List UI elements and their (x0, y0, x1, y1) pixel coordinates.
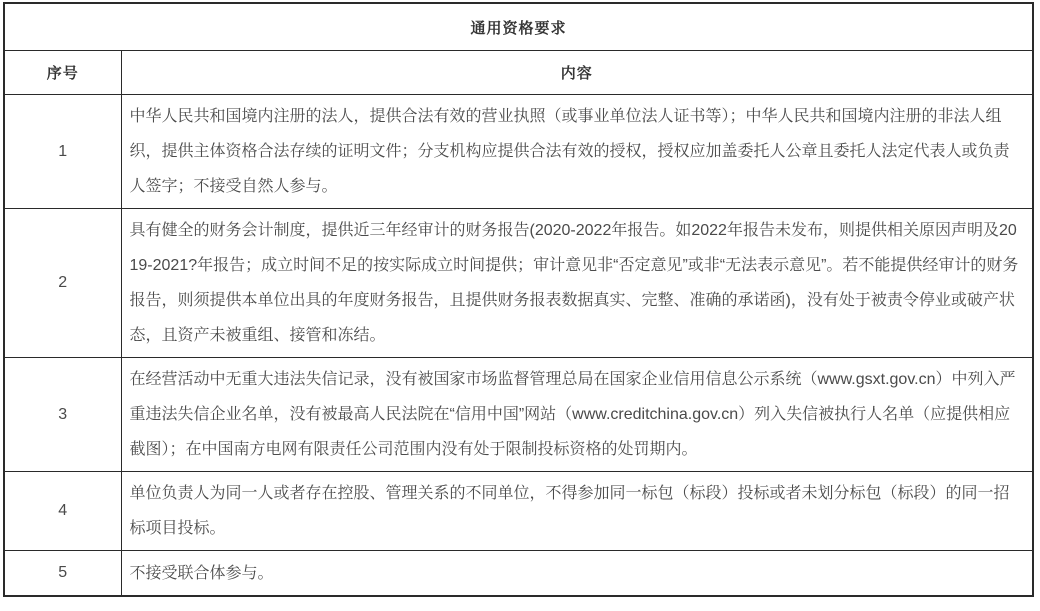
table-row: 1 中华人民共和国境内注册的法人，提供合法有效的营业执照（或事业单位法人证书等）… (4, 95, 1033, 209)
table-header-row: 序号 内容 (4, 51, 1033, 95)
row-number-cell: 4 (4, 472, 121, 551)
row-content-cell: 单位负责人为同一人或者存在控股、管理关系的不同单位，不得参加同一标包（标段）投标… (121, 472, 1033, 551)
row-content-cell: 中华人民共和国境内注册的法人，提供合法有效的营业执照（或事业单位法人证书等）；中… (121, 95, 1033, 209)
row-number-cell: 3 (4, 358, 121, 472)
document-page: 通用资格要求 序号 内容 1 中华人民共和国境内注册的法人，提供合法有效的营业执… (0, 0, 1040, 611)
table-row: 3 在经营活动中无重大违法失信记录，没有被国家市场监督管理总局在国家企业信用信息… (4, 358, 1033, 472)
row-number-cell: 1 (4, 95, 121, 209)
row-content-cell: 在经营活动中无重大违法失信记录，没有被国家市场监督管理总局在国家企业信用信息公示… (121, 358, 1033, 472)
table-row: 2 具有健全的财务会计制度，提供近三年经审计的财务报告(2020-2022年报告… (4, 209, 1033, 358)
column-header-content: 内容 (121, 51, 1033, 95)
table-title-row: 通用资格要求 (4, 3, 1033, 51)
row-content-cell: 不接受联合体参与。 (121, 551, 1033, 597)
row-number-cell: 2 (4, 209, 121, 358)
row-number-cell: 5 (4, 551, 121, 597)
row-content-cell: 具有健全的财务会计制度，提供近三年经审计的财务报告(2020-2022年报告。如… (121, 209, 1033, 358)
table-row: 4 单位负责人为同一人或者存在控股、管理关系的不同单位，不得参加同一标包（标段）… (4, 472, 1033, 551)
table-row: 5 不接受联合体参与。 (4, 551, 1033, 597)
table-title: 通用资格要求 (4, 3, 1033, 51)
qualification-requirements-table: 通用资格要求 序号 内容 1 中华人民共和国境内注册的法人，提供合法有效的营业执… (3, 2, 1034, 597)
column-header-no: 序号 (4, 51, 121, 95)
